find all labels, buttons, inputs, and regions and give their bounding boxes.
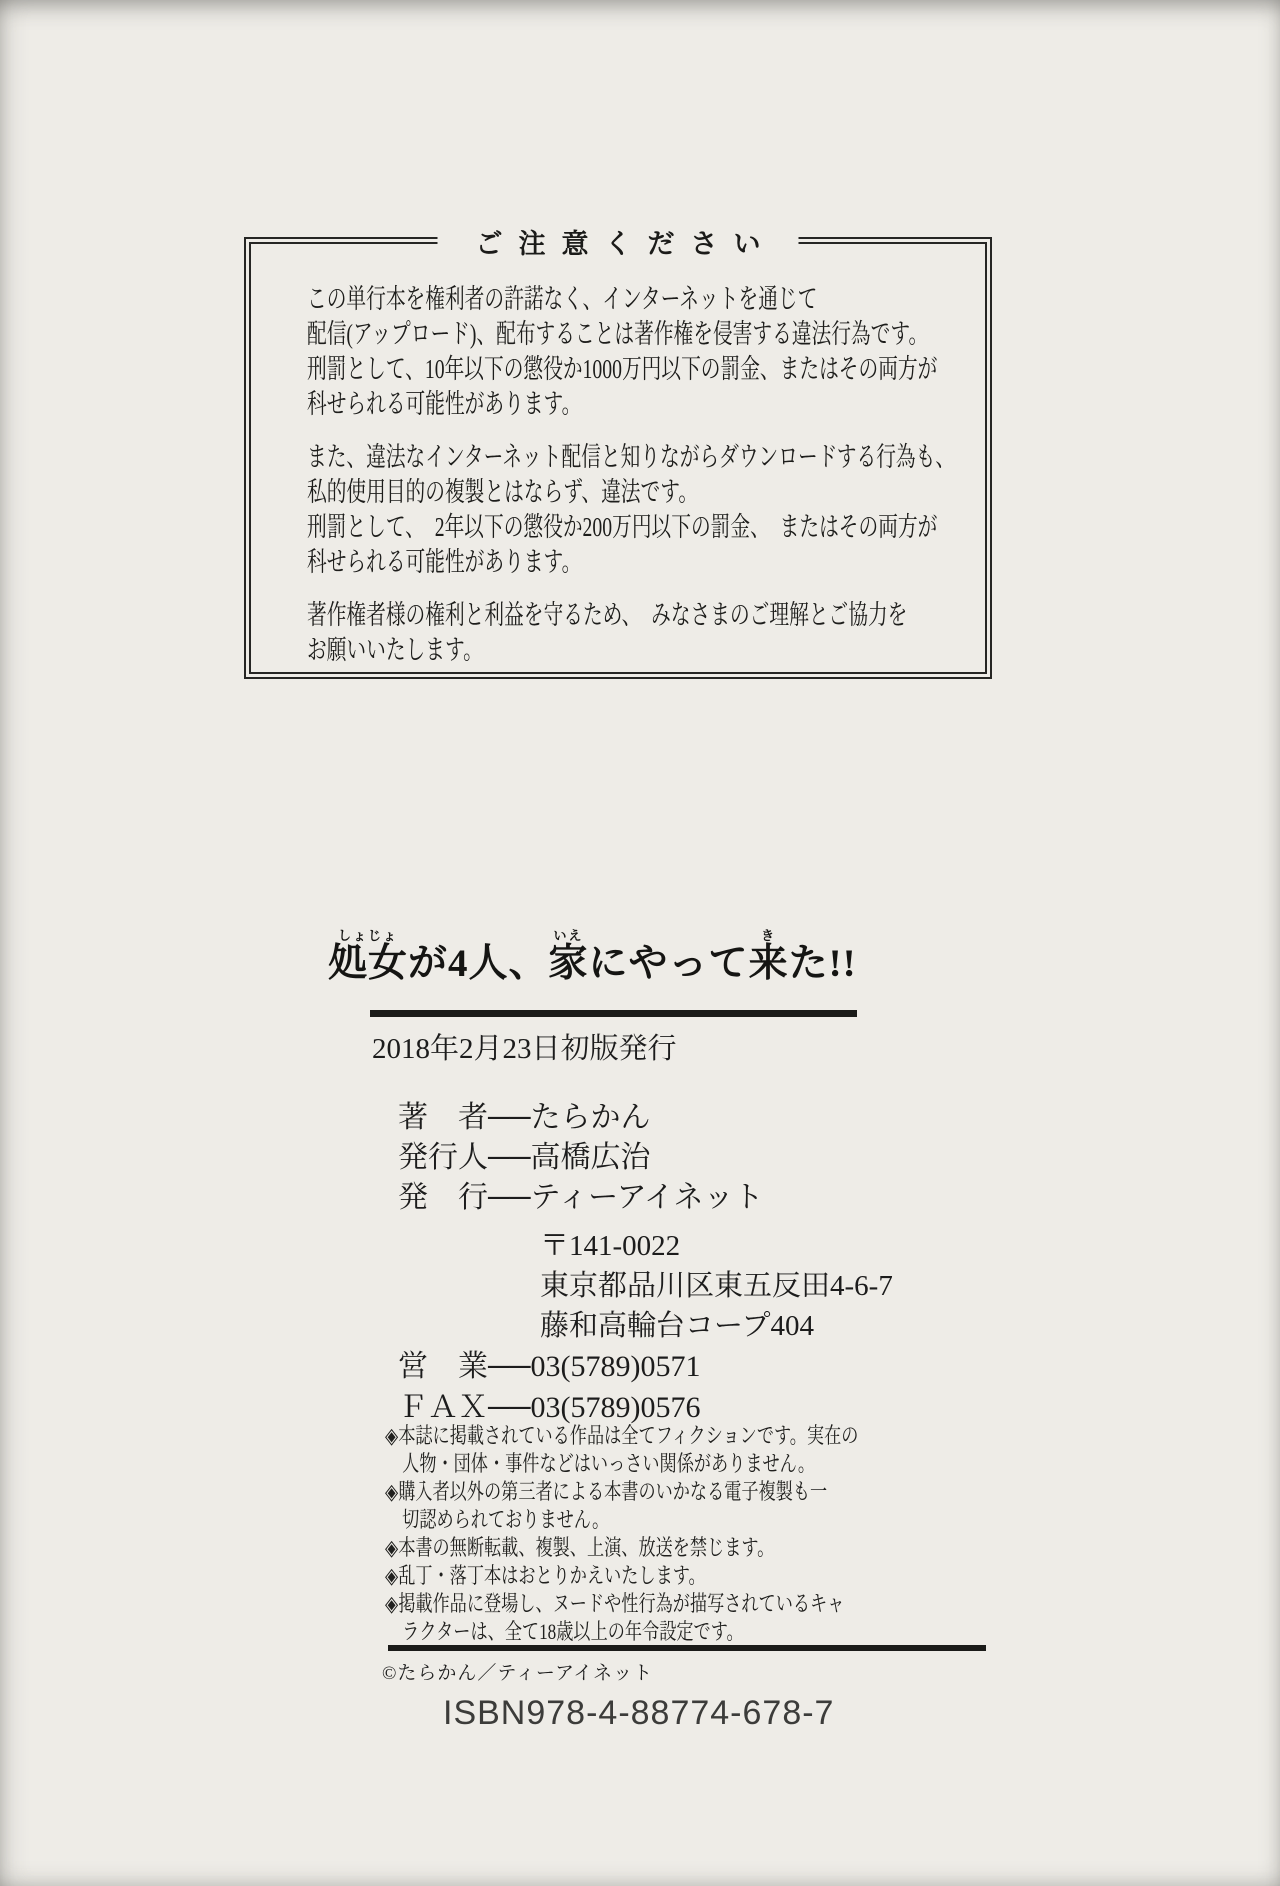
copyright-line: ©たらかん／ティーアイネット	[382, 1658, 653, 1685]
publisher-address-block: 〒141-0022 東京都品川区東五反田4-6-7 藤和高輪台コープ404	[540, 1226, 893, 1346]
publisher-line: 発 行──ティーアイネット	[398, 1178, 764, 1218]
notice-box-title: ご注意ください	[438, 222, 799, 261]
notice-paragraph: 著作権者様の権利と利益を守るため、 みなさまのご理解とご協力を お願いいたします…	[307, 598, 986, 668]
notice-line: 私的使用目的の複製とはならず、違法です。	[307, 475, 986, 510]
postal-code: 〒141-0022	[540, 1226, 893, 1266]
notice-line: また、違法なインターネット配信と知りながらダウンロードする行為も、	[307, 440, 986, 475]
note-line: ラクターは、全て18歳以上の年令設定です。	[385, 1618, 993, 1646]
notice-line: 刑罰として、10年以下の懲役か1000万円以下の罰金、またはその両方が	[307, 352, 986, 387]
note-line: ◈本誌に掲載されている作品は全てフィクションです。実在の	[385, 1422, 993, 1450]
staff-block: 著 者──たらかん 発行人──高橋広治 発 行──ティーアイネット	[398, 1098, 764, 1218]
note-line: ◈本書の無断転載、複製、上演、放送を禁じます。	[385, 1534, 993, 1562]
legal-notes-block: ◈本誌に掲載されている作品は全てフィクションです。実在の 人物・団体・事件などは…	[385, 1422, 993, 1646]
note-line: ◈掲載作品に登場し、ヌードや性行為が描写されているキャ	[385, 1590, 993, 1618]
colophon-page: ご注意ください この単行本を権利者の許諾なく、インターネットを通じて 配信(アッ…	[0, 0, 1280, 1886]
address-line: 東京都品川区東五反田4-6-7	[540, 1266, 893, 1306]
notice-line: 著作権者様の権利と利益を守るため、 みなさまのご理解とご協力を	[307, 598, 986, 633]
notice-paragraph: この単行本を権利者の許諾なく、インターネットを通じて 配信(アップロード)、配布…	[307, 282, 986, 422]
notice-line: 刑罰として、 2年以下の懲役か200万円以下の罰金、 またはその両方が	[307, 510, 986, 545]
publisher-person-line: 発行人──高橋広治	[398, 1138, 764, 1178]
title-segment: 来き	[749, 942, 789, 985]
title-segment: た!!	[789, 942, 857, 985]
note-line: ◈購入者以外の第三者による本書のいかなる電子複製も一	[385, 1478, 993, 1506]
book-title: 処女しょじょが4人、家いえにやって来きた!!	[328, 928, 857, 988]
title-segment: にやって	[589, 942, 749, 985]
author-line: 著 者──たらかん	[398, 1098, 764, 1138]
notice-line: 科せられる可能性があります。	[307, 387, 986, 422]
title-segment: 処女しょじょ	[328, 942, 408, 985]
notice-line: 配信(アップロード)、配布することは著作権を侵害する違法行為です。	[307, 317, 986, 352]
footer-divider-rule	[388, 1645, 986, 1651]
title-divider-rule	[370, 1010, 857, 1017]
note-line: ◈乱丁・落丁本はおとりかえいたします。	[385, 1562, 993, 1590]
address-line: 藤和高輪台コープ404	[540, 1306, 893, 1346]
title-segment: が4人、	[408, 942, 549, 985]
note-line: 人物・団体・事件などはいっさい関係がありません。	[385, 1450, 993, 1478]
notice-line: この単行本を権利者の許諾なく、インターネットを通じて	[307, 282, 986, 317]
title-segment: 家いえ	[549, 942, 589, 985]
notice-box-body: この単行本を権利者の許諾なく、インターネットを通じて 配信(アップロード)、配布…	[307, 282, 986, 668]
contact-block: 営 業──03(5789)0571 ＦＡＸ──03(5789)0576	[398, 1346, 701, 1428]
copyright-notice-box: ご注意ください この単行本を権利者の許諾なく、インターネットを通じて 配信(アッ…	[244, 237, 992, 679]
notice-paragraph: また、違法なインターネット配信と知りながらダウンロードする行為も、 私的使用目的…	[307, 440, 986, 580]
note-line: 切認められておりません。	[385, 1506, 993, 1534]
isbn-number: ISBN978-4-88774-678-7	[443, 1694, 834, 1733]
notice-line: 科せられる可能性があります。	[307, 545, 986, 580]
notice-line: お願いいたします。	[307, 633, 986, 668]
sales-phone-line: 営 業──03(5789)0571	[398, 1346, 701, 1387]
edition-date: 2018年2月23日初版発行	[372, 1026, 677, 1067]
